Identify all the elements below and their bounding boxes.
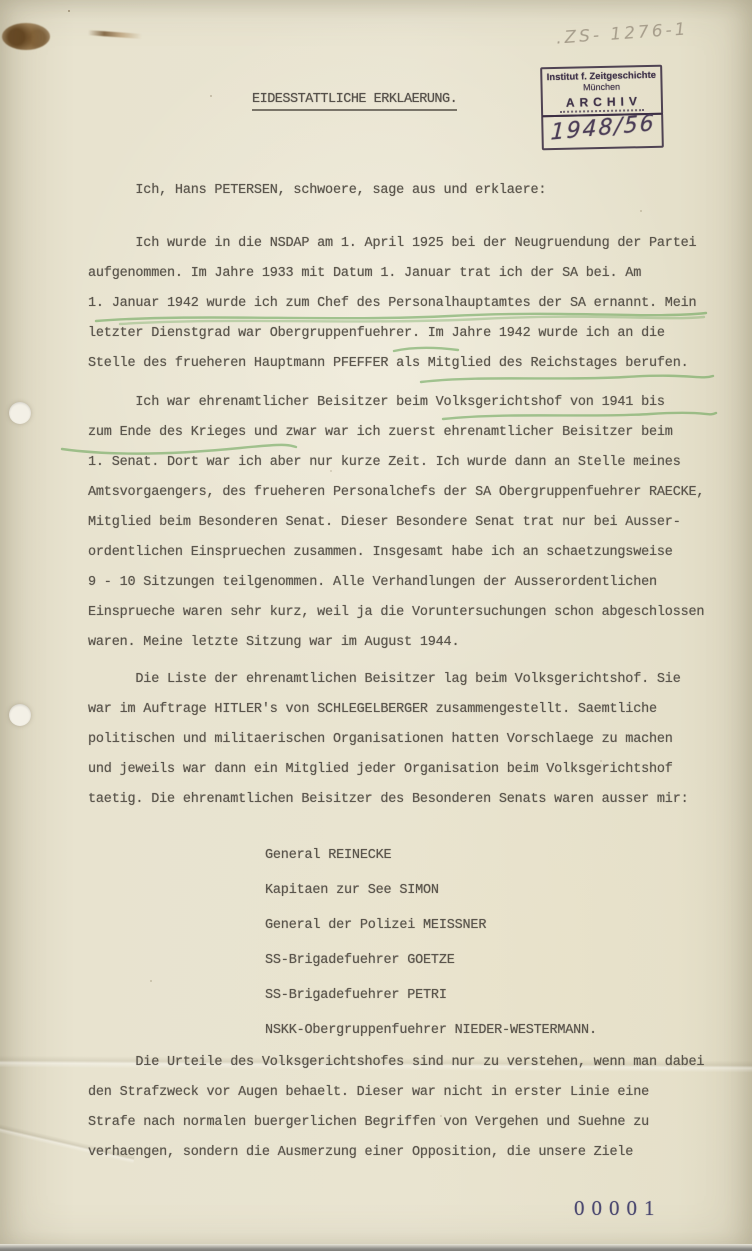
list-item: Kapitaen zur See SIMON: [265, 873, 597, 908]
text-line: 1. Januar 1942 wurde ich zum Chef des Pe…: [88, 289, 696, 319]
paragraph-urteile: Die Urteile des Volksgerichtshofes sind …: [88, 1048, 704, 1168]
scan-edge: [0, 1244, 752, 1251]
assessor-list: General REINECKEKapitaen zur See SIMONGe…: [265, 838, 597, 1048]
text-line: Ich war ehrenamtlicher Beisitzer beim Vo…: [88, 388, 704, 418]
text-line: verhaengen, sondern die Ausmerzung einer…: [88, 1138, 704, 1168]
text-line: Ich wurde in die NSDAP am 1. April 1925 …: [88, 229, 696, 259]
archive-stamp: Institut f. Zeitgeschichte München ARCHI…: [540, 65, 664, 151]
text-line: Die Liste der ehrenamtlichen Beisitzer l…: [88, 665, 689, 695]
list-item: General REINECKE: [265, 838, 597, 873]
text-line: Mitglied beim Besonderen Senat. Dieser B…: [88, 508, 704, 538]
paragraph-beisitzer: Ich war ehrenamtlicher Beisitzer beim Vo…: [88, 388, 704, 658]
text-line: und jeweils war dann ein Mitglied jeder …: [88, 755, 689, 785]
text-line: Ich, Hans PETERSEN, schwoere, sage aus u…: [88, 176, 546, 206]
hole-punch: [9, 704, 31, 726]
text-line: letzter Dienstgrad war Obergruppenfuehre…: [88, 319, 696, 349]
text-line: Einsprueche waren sehr kurz, weil ja die…: [88, 598, 704, 628]
hole-punch: [9, 402, 31, 424]
paragraph-career: Ich wurde in die NSDAP am 1. April 1925 …: [88, 229, 696, 379]
list-item: General der Polizei MEISSNER: [265, 908, 597, 943]
text-line: ordentlichen Einspruechen zusammen. Insg…: [88, 538, 704, 568]
paper-specks: [68, 10, 70, 12]
text-line: Amtsvorgaengers, des frueheren Personalc…: [88, 478, 704, 508]
text-line: den Strafzweck vor Augen behaelt. Dieser…: [88, 1078, 704, 1108]
text-line: taetig. Die ehrenamtlichen Beisitzer des…: [88, 785, 689, 815]
stamp-archiv-label: ARCHIV: [560, 94, 644, 113]
handwritten-reference: .ZS- 1276-1: [555, 19, 689, 48]
paragraph-intro: Ich, Hans PETERSEN, schwoere, sage aus u…: [88, 176, 546, 206]
text-line: Die Urteile des Volksgerichtshofes sind …: [88, 1048, 704, 1078]
stamp-number-box: 1948/56: [541, 113, 664, 151]
document-title: EIDESSTATTLICHE ERKLAERUNG.: [252, 92, 457, 111]
archive-stamp-box: Institut f. Zeitgeschichte München ARCHI…: [540, 65, 663, 118]
text-line: politischen und militaerischen Organisat…: [88, 725, 689, 755]
page-number-stamp: 00001: [574, 1196, 662, 1221]
stamp-signature-number: 1948/56: [550, 111, 656, 146]
text-line: zum Ende des Krieges und zwar war ich zu…: [88, 418, 704, 448]
text-line: waren. Meine letzte Sitzung war im Augus…: [88, 628, 704, 658]
list-item: NSKK-Obergruppenfuehrer NIEDER-WESTERMAN…: [265, 1013, 597, 1048]
scanned-affidavit-page: .ZS- 1276-1 Institut f. Zeitgeschichte M…: [0, 0, 752, 1251]
text-line: aufgenommen. Im Jahre 1933 mit Datum 1. …: [88, 259, 696, 289]
list-item: SS-Brigadefuehrer GOETZE: [265, 943, 597, 978]
paragraph-liste: Die Liste der ehrenamtlichen Beisitzer l…: [88, 665, 689, 815]
text-line: 1. Senat. Dort war ich aber nur kurze Ze…: [88, 448, 704, 478]
text-line: war im Auftrage HITLER's von SCHLEGELBER…: [88, 695, 689, 725]
rust-streak: [88, 30, 142, 39]
text-line: Stelle des frueheren Hauptmann PFEFFER a…: [88, 349, 696, 379]
rust-stain: [2, 23, 50, 50]
text-line: 9 - 10 Sitzungen teilgenommen. Alle Verh…: [88, 568, 704, 598]
text-line: Strafe nach normalen buergerlichen Begri…: [88, 1108, 704, 1138]
list-item: SS-Brigadefuehrer PETRI: [265, 978, 597, 1013]
